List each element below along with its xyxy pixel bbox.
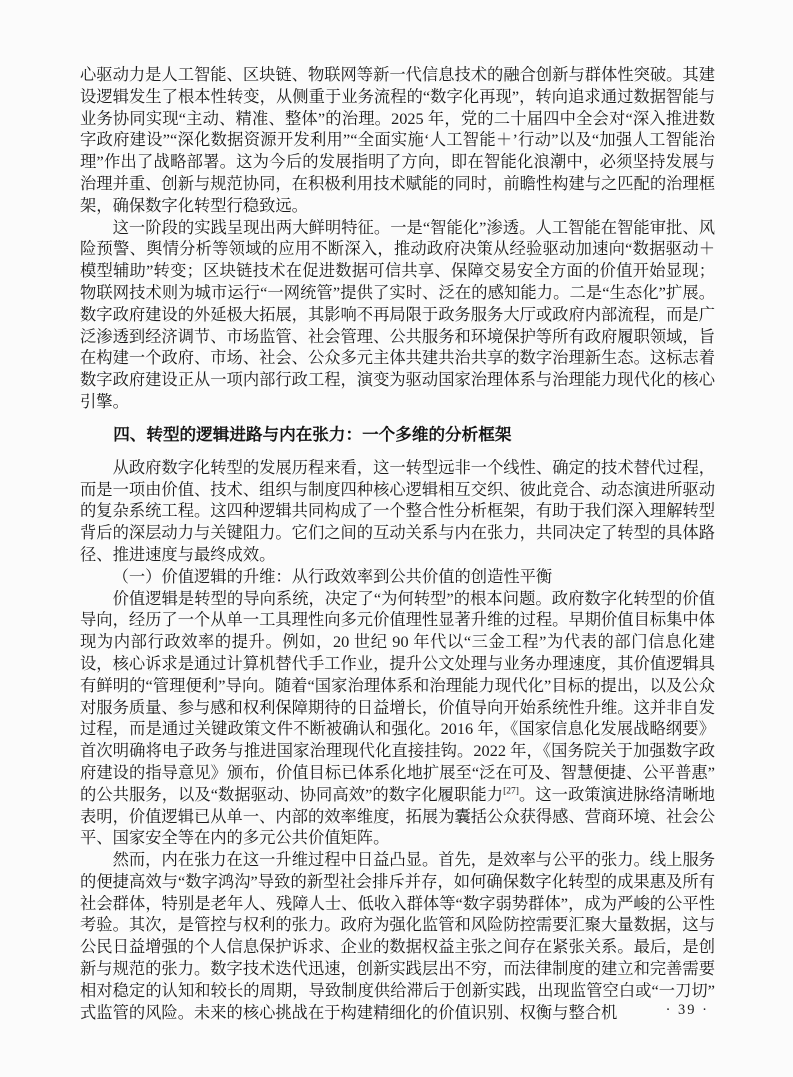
paragraph-text-before-citation: 价值逻辑是转型的导向系统，决定了“为何转型”的根本问题。政府数字化转型的价值导向… [80, 589, 715, 804]
body-paragraph: 从政府数字化转型的发展历程来看，这一转型远非一个线性、确定的技术替代过程，而是一… [80, 457, 715, 566]
citation-marker: [27] [503, 786, 519, 796]
body-paragraph: 然而，内在张力在这一升维过程中日益凸显。首先，是效率与公平的张力。线上服务的便捷… [80, 849, 715, 1023]
body-paragraph: 这一阶段的实践呈现出两大鲜明特征。一是“智能化”渗透。人工智能在智能审批、风险预… [80, 217, 715, 413]
page-body: 心驱动力是人工智能、区块链、物联网等新一代信息技术的融合创新与群体性突破。其建设… [80, 64, 715, 1023]
body-paragraph-continuation: 心驱动力是人工智能、区块链、物联网等新一代信息技术的融合创新与群体性突破。其建设… [80, 64, 715, 217]
subsection-heading: （一）价值逻辑的升维：从行政效率到公共价值的创造性平衡 [80, 566, 715, 588]
section-heading: 四、转型的逻辑进路与内在张力：一个多维的分析框架 [80, 424, 715, 446]
body-paragraph-with-citation: 价值逻辑是转型的导向系统，决定了“为何转型”的根本问题。政府数字化转型的价值导向… [80, 588, 715, 850]
document-page: 心驱动力是人工智能、区块链、物联网等新一代信息技术的融合创新与群体性突破。其建设… [0, 0, 793, 1077]
page-number: · 39 · [666, 1002, 709, 1019]
